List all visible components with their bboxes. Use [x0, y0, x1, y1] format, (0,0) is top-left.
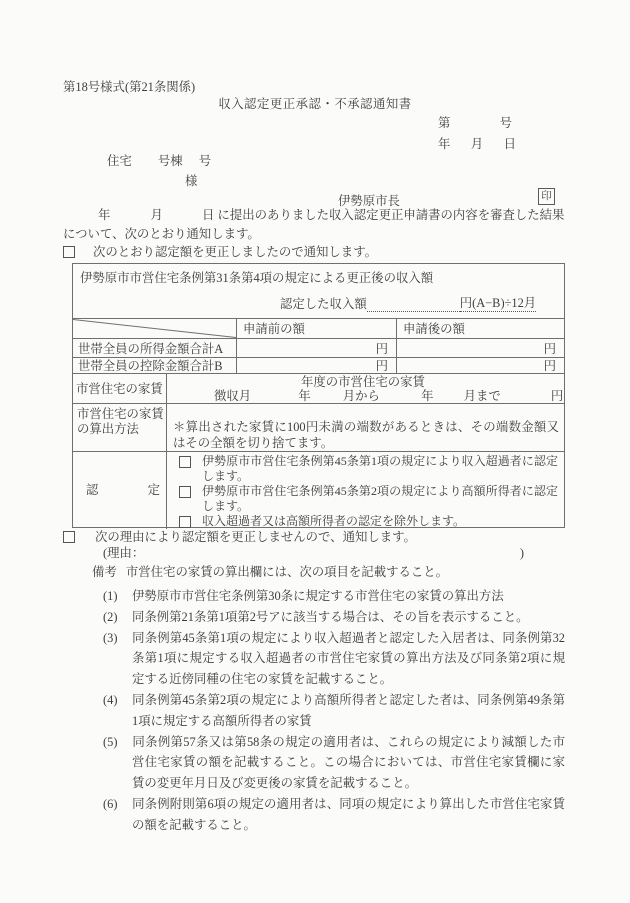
seal-box: 印	[538, 188, 555, 205]
intro-line1-text: に提出のありました収入認定更正申請書の内容を審査した結果	[218, 208, 565, 222]
update-notice-row: 次のとおり認定額を更正しましたので通知します。	[63, 245, 377, 260]
remarks-item-text: 同条例第45条第2項の規定により高額所得者と認定した者は、同条例第49条第1項に…	[132, 693, 565, 728]
rent-collection-month-label: 徴収月	[214, 389, 251, 403]
rent-calculation-label: 市営住宅の家賃の算出方法	[73, 404, 166, 451]
remarks-item-number: (3)	[103, 628, 132, 649]
income-total-label: 世帯全員の所得金額合計A	[73, 339, 236, 357]
reason-line: (理由： )	[103, 546, 524, 561]
intro-day-label: 日	[202, 208, 214, 222]
deduction-before-yen: 円	[236, 358, 396, 373]
certification-option: 伊勢原市市営住宅条例第45条第2項の規定により高額所得者に認定します。	[167, 484, 564, 514]
excess-income-option-text: 伊勢原市市営住宅条例第45条第1項の規定により収入超過者に認定します。	[191, 454, 558, 484]
certified-income-field[interactable]	[367, 297, 460, 312]
mayor-name: 伊勢原市長	[338, 194, 400, 209]
intro-month-label: 月	[151, 208, 163, 222]
remarks-item-number: (4)	[103, 690, 132, 711]
remarks-item-number: (6)	[103, 794, 132, 815]
update-notice-checkbox[interactable]	[63, 246, 75, 258]
doc-no-suffix: 号	[500, 116, 512, 131]
deduction-after-yen: 円	[396, 358, 564, 373]
high-income-option-text: 伊勢原市市営住宅条例第45条第2項の規定により高額所得者に認定します。	[191, 484, 558, 514]
addressee-line: 住宅 号棟 号	[107, 154, 211, 169]
addr-housing-label: 住宅	[107, 154, 132, 168]
rent-fiscal-year-line: 年度の市営住宅の家賃	[167, 374, 564, 389]
remarks-item-number: (1)	[103, 586, 132, 607]
intro-line2: について、次のとおり通知します。	[63, 227, 260, 242]
certification-options: 伊勢原市市営住宅条例第45条第1項の規定により収入超過者に認定します。 伊勢原市…	[166, 452, 564, 529]
certification-label-right: 定	[148, 483, 160, 498]
certification-label-left: 認	[86, 483, 98, 498]
date-month-label: 月	[471, 137, 483, 152]
scanned-form-page: 第18号様式(第21条関係) 収入認定更正承認・不承認通知書 第 号 年 月 日…	[0, 0, 630, 903]
remarks-item-3: (3)同条例第45条第1項の規定により収入超過者と認定した入居者は、同条例第32…	[103, 628, 565, 690]
update-notice-label: 次のとおり認定額を更正しましたので通知します。	[93, 245, 377, 260]
reason-open-paren: (理由：	[103, 546, 144, 561]
income-table: 伊勢原市市営住宅条例第31条第4項の規定による更正後の収入額 認定した収入額 円…	[72, 263, 565, 528]
reason-close-paren: )	[520, 546, 524, 561]
remarks-item-number: (2)	[103, 607, 132, 628]
remarks-heading: 備考 市営住宅の家賃の算出欄には、次の項目を記載すること。	[92, 565, 448, 580]
rent-to-month-label: 月まで	[464, 389, 501, 403]
date-day-label: 日	[504, 137, 516, 152]
table-caption: 伊勢原市市営住宅条例第31条第4項の規定による更正後の収入額	[73, 264, 564, 286]
income-after-yen: 円	[396, 339, 564, 357]
remarks-item-text: 同条例第57条又は第58条の規定の適用者は、これらの規定により減額した市営住宅家…	[132, 735, 565, 791]
diagonal-header-cell	[73, 319, 236, 338]
remarks-list: (1)伊勢原市市営住宅条例第30条に規定する市営住宅の家賃の算出方法 (2)同条…	[103, 586, 565, 836]
certification-label: 認 定	[73, 452, 166, 529]
certification-option: 収入超過者又は高額所得者の認定を除外します。	[167, 514, 564, 529]
date-year-label: 年	[438, 137, 450, 152]
form-number: 第18号様式(第21条関係)	[63, 80, 195, 95]
income-before-yen: 円	[236, 339, 396, 357]
remarks-item-6: (6)同条例附則第6項の規定の適用者は、同項の規定により算出した市営住宅家賃の額…	[103, 794, 565, 836]
deduction-total-label: 世帯全員の控除金額合計B	[73, 358, 236, 373]
remarks-item-2: (2)同条例第21条第1項第2号アに該当する場合は、その旨を表示すること。	[103, 607, 565, 628]
income-total-row: 世帯全員の所得金額合計A 円 円	[73, 338, 564, 357]
honorific-label: 様	[185, 174, 197, 189]
deduction-total-row: 世帯全員の控除金額合計B 円 円	[73, 357, 564, 373]
remarks-item-5: (5)同条例第57条又は第58条の規定の適用者は、これらの規定により減額した市営…	[103, 732, 565, 794]
rent-yen-label: 円	[551, 389, 563, 403]
exclude-certification-option-text: 収入超過者又は高額所得者の認定を除外します。	[191, 514, 558, 529]
document-number-line: 第 号	[438, 116, 512, 131]
rent-from-month-label: 月から	[343, 389, 380, 403]
remarks-label: 備考	[92, 565, 117, 579]
certification-option: 伊勢原市市営住宅条例第45条第1項の規定により収入超過者に認定します。	[167, 454, 564, 484]
certified-income-line: 認定した収入額 円(A−B)÷12月	[73, 296, 564, 312]
rent-to-year-label: 年	[421, 389, 433, 403]
document-title: 収入認定更正承認・不承認通知書	[0, 97, 630, 112]
rent-calculation-row: 市営住宅の家賃の算出方法 ＊算出された家賃に100円未満の端数があるときは、その…	[73, 403, 564, 451]
rent-calculation-note: ＊算出された家賃に100円未満の端数があるときは、その端数金額又はその全額を切り…	[166, 404, 564, 451]
certified-income-label: 認定した収入額	[280, 297, 367, 312]
col-header-after: 申請後の額	[396, 319, 564, 338]
remarks-item-1: (1)伊勢原市市営住宅条例第30条に規定する市営住宅の家賃の算出方法	[103, 586, 565, 607]
intro-year-label: 年	[98, 208, 110, 222]
excess-income-checkbox[interactable]	[179, 456, 191, 468]
no-update-notice-checkbox[interactable]	[63, 531, 75, 543]
rent-row-label: 市営住宅の家賃	[73, 374, 166, 404]
addr-unit-label: 号	[199, 154, 211, 168]
doc-no-prefix: 第	[438, 116, 450, 131]
issue-date-line: 年 月 日	[438, 137, 516, 152]
remarks-item-text: 同条例附則第6項の規定の適用者は、同項の規定により算出した市営住宅家賃の額を記載…	[132, 797, 565, 832]
rent-from-year-label: 年	[298, 389, 310, 403]
no-update-notice-row: 次の理由により認定額を更正しませんので、通知します。	[63, 530, 416, 545]
rent-row-content: 年度の市営住宅の家賃 徴収月 年 月から 年 月まで 円	[166, 374, 564, 404]
rent-row: 市営住宅の家賃 年度の市営住宅の家賃 徴収月 年 月から 年 月まで 円	[73, 373, 564, 403]
exclude-certification-checkbox[interactable]	[179, 516, 191, 528]
certified-income-unit: 円(A−B)÷12月	[460, 296, 536, 312]
table-header-row: 申請前の額 申請後の額	[73, 318, 564, 338]
remarks-item-text: 伊勢原市市営住宅条例第30条に規定する市営住宅の家賃の算出方法	[132, 589, 504, 603]
high-income-checkbox[interactable]	[179, 486, 191, 498]
remarks-intro: 市営住宅の家賃の算出欄には、次の項目を記載すること。	[126, 565, 448, 579]
remarks-item-text: 同条例第45条第1項の規定により収入超過者と認定した入居者は、同条例第32条第1…	[132, 631, 565, 687]
remarks-item-4: (4)同条例第45条第2項の規定により高額所得者と認定した者は、同条例第49条第…	[103, 690, 565, 732]
diagonal-line	[73, 319, 236, 338]
no-update-notice-label: 次の理由により認定額を更正しませんので、通知します。	[95, 530, 416, 545]
col-header-before: 申請前の額	[236, 319, 396, 338]
certification-row: 認 定 伊勢原市市営住宅条例第45条第1項の規定により収入超過者に認定します。 …	[73, 451, 564, 527]
intro-line1: 年 月 日 に提出のありました収入認定更正申請書の内容を審査した結果	[63, 208, 565, 223]
remarks-item-text: 同条例第21条第1項第2号アに該当する場合は、その旨を表示すること。	[132, 610, 529, 624]
addr-building-label: 号棟	[158, 154, 183, 168]
rent-period-line: 徴収月 年 月から 年 月まで 円	[167, 389, 564, 404]
remarks-item-number: (5)	[103, 732, 132, 753]
table-caption-cell: 伊勢原市市営住宅条例第31条第4項の規定による更正後の収入額 認定した収入額 円…	[73, 264, 564, 318]
